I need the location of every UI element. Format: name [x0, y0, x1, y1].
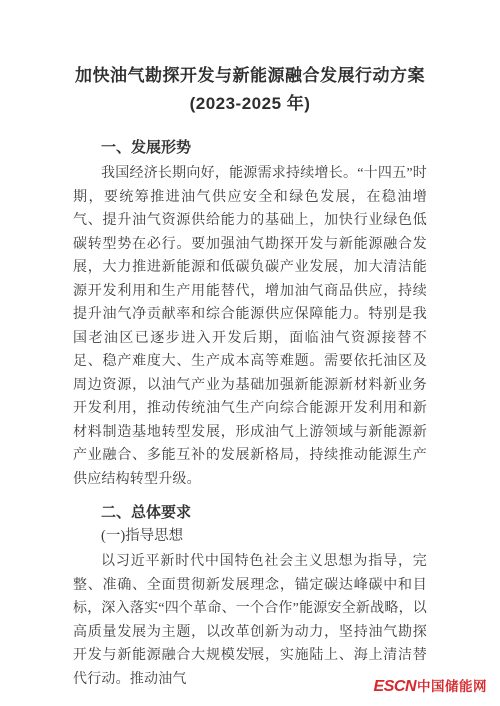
document-title: 加快油气勘探开发与新能源融合发展行动方案 (2023-2025 年) — [73, 62, 427, 118]
escn-logo-latin-text: ESCN — [374, 678, 416, 696]
escn-logo-chinese-text: 中国储能网 — [417, 675, 487, 695]
subsection-heading-guiding-ideology: (一)指导思想 — [73, 526, 427, 546]
paragraph-development-situation: 我国经济长期向好，能源需求持续增长。“十四五”时期，要统筹推进油气供应安全和绿色… — [73, 162, 427, 491]
document-content: 加快油气勘探开发与新能源融合发展行动方案 (2023-2025 年) 一、发展形… — [73, 62, 427, 691]
document-title-line2: (2023-2025 年) — [73, 90, 427, 118]
page-number: 1 — [0, 645, 500, 657]
paragraph-guiding-ideology: 以习近平新时代中国特色社会主义思想为指导，完整、准确、全面贯彻新发展理念，锚定碳… — [73, 550, 427, 691]
section-heading-development-situation: 一、发展形势 — [73, 138, 427, 158]
document-title-line1: 加快油气勘探开发与新能源融合发展行动方案 — [73, 62, 427, 90]
escn-logo: ESCN 中国储能网 — [374, 675, 487, 696]
document-page: 加快油气勘探开发与新能源融合发展行动方案 (2023-2025 年) 一、发展形… — [0, 0, 500, 706]
section-heading-overall-requirements: 二、总体要求 — [73, 503, 427, 523]
